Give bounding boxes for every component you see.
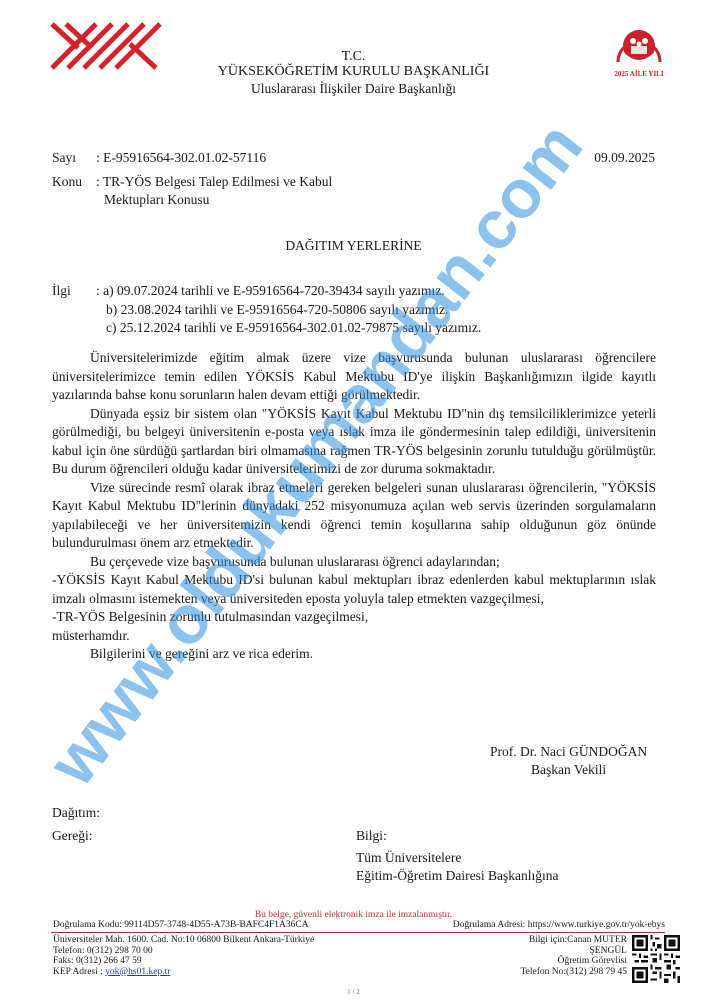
footer-address: Üniversiteler Mah. 1600. Cad. No:10 0680…: [53, 935, 314, 946]
footer-contact-left: Üniversiteler Mah. 1600. Cad. No:10 0680…: [53, 935, 314, 977]
header-institution: YÜKSEKÖĞRETİM KURULU BAŞKANLIĞI: [0, 64, 707, 80]
footer-phone: Telefon: 0(312) 298 70 00: [53, 946, 314, 957]
bilgi-item-1: Tüm Üniversitelere: [356, 850, 461, 866]
contact-person-line2: ŞENGÜL: [521, 946, 627, 957]
kep-address-link[interactable]: yok@hs01.kep.tr: [105, 967, 170, 977]
konu-value-line1: : TR-YÖS Belgesi Talep Edilmesi ve Kabul: [96, 174, 332, 190]
footer-fax: Faks: 0(312) 266 47 59: [53, 956, 314, 967]
geregi-label: Gereği:: [52, 828, 92, 844]
konu-value-line2: Mektupları Konusu: [104, 192, 209, 208]
ilgi-item-c: c) 25.12.2024 tarihli ve E-95916564-302.…: [106, 320, 481, 336]
body-paragraph-6: -TR-YÖS Belgesinin zorunlu tutulmasından…: [52, 608, 656, 627]
verification-code: Doğrulama Kodu: 99114D57-3748-4D55-A73B-…: [53, 920, 309, 930]
kep-label: KEP Adresi :: [53, 967, 105, 977]
signatory-title: Başkan Vekili: [531, 762, 606, 778]
footer-divider: [51, 932, 665, 933]
header-department: Uluslararası İlişkiler Daire Başkanlığı: [0, 81, 707, 97]
contact-person-line1: Bilgi için:Canan MUTER: [521, 935, 627, 946]
signatory-name: Prof. Dr. Naci GÜNDOĞAN: [490, 744, 647, 760]
ilgi-item-a: : a) 09.07.2024 tarihli ve E-95916564-72…: [96, 283, 445, 299]
contact-title: Öğretim Görevlisi: [521, 956, 627, 967]
letter-body: Üniversitelerimizde eğitim almak üzere v…: [52, 349, 656, 664]
footer-contact-right: Bilgi için:Canan MUTER ŞENGÜL Öğretim Gö…: [521, 935, 627, 977]
page-number: 1 / 2: [0, 988, 707, 996]
bilgi-item-2: Eğitim-Öğretim Dairesi Başkanlığına: [356, 868, 558, 884]
document-date: 09.09.2025: [594, 150, 655, 166]
body-paragraph-3: Vize sürecinde resmî olarak ibraz etmele…: [52, 479, 656, 553]
distribution-label: Dağıtım:: [52, 805, 100, 821]
body-paragraph-7: müsterhamdır.: [52, 627, 656, 646]
konu-label: Konu: [52, 174, 82, 190]
verification-address[interactable]: Doğrulama Adresi: https://www.turkiye.go…: [453, 920, 665, 930]
body-paragraph-2: Dünyada eşsiz bir sistem olan "YÖKSİS Ka…: [52, 405, 656, 479]
footer-kep: KEP Adresi : yok@hs01.kep.tr: [53, 967, 314, 978]
esign-notice: Bu belge, güvenli elektronik imza ile im…: [0, 910, 707, 920]
body-paragraph-1: Üniversitelerimizde eğitim almak üzere v…: [52, 349, 656, 405]
body-paragraph-8: Bilgilerini ve gereğini arz ve rica eder…: [52, 645, 656, 664]
body-paragraph-5: -YÖKSİS Kayıt Kabul Mektubu ID'si buluna…: [52, 571, 656, 608]
recipient-heading: DAĞITIM YERLERİNE: [0, 238, 707, 254]
bilgi-label: Bilgi:: [356, 828, 387, 844]
sayi-label: Sayı: [52, 150, 76, 166]
ilgi-label: İlgi: [52, 283, 71, 299]
qr-code-icon: [632, 935, 680, 983]
body-paragraph-4: Bu çerçevede vize başvurusunda bulunan u…: [52, 553, 656, 572]
header-tc: T.C.: [0, 49, 707, 65]
sayi-value: : E-95916564-302.01.02-57116: [96, 150, 266, 166]
contact-phone: Telefon No:(312) 298 79 45: [521, 967, 627, 978]
ilgi-item-b: b) 23.08.2024 tarihli ve E-95916564-720-…: [106, 302, 448, 318]
